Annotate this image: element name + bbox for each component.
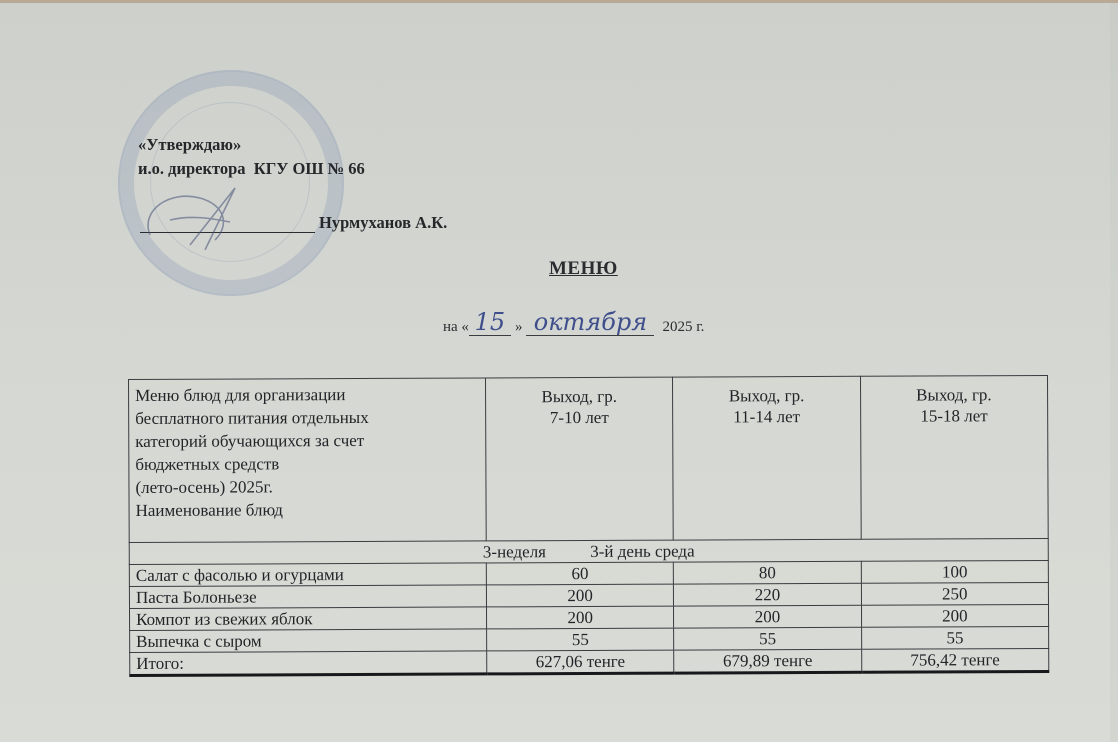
date-mid: »	[515, 319, 523, 336]
document-title: МЕНЮ	[549, 258, 618, 280]
total-7-10: 627,06 тенге	[487, 650, 674, 674]
total-11-14: 679,89 тенге	[674, 649, 861, 673]
signatory-name: Нурмуханов А.К.	[319, 213, 447, 233]
header-11-14: Выход, гр.11-14 лет	[673, 376, 861, 540]
header-line: бесплатного питания отдельных	[135, 405, 479, 430]
header-line: Выход, гр.	[492, 386, 666, 408]
page-edge	[0, 0, 1118, 3]
signature-line	[140, 210, 315, 233]
value-11-14: 200	[674, 605, 861, 628]
week-label: 3-неделя	[483, 542, 546, 561]
value-11-14: 220	[674, 583, 861, 606]
value-15-18: 250	[861, 582, 1048, 605]
value-7-10: 200	[486, 606, 673, 629]
approval-position: и.о. директора КГУ ОШ № 66	[138, 157, 365, 181]
value-15-18: 55	[861, 626, 1048, 649]
value-7-10: 55	[487, 628, 674, 651]
date-day: 15	[475, 308, 506, 336]
header-age: 7-10 лет	[492, 407, 666, 429]
value-11-14: 80	[674, 561, 861, 584]
header-line: Наименование блюд	[136, 497, 480, 522]
header-line: (лето-осень) 2025г.	[135, 474, 479, 499]
value-11-14: 55	[674, 627, 861, 650]
signature-scribble-icon	[130, 180, 280, 250]
approval-heading: «Утверждаю»	[138, 133, 365, 157]
header-line: Меню блюд для организации	[135, 382, 479, 407]
signature-row: Нурмуханов А.К.	[140, 210, 447, 233]
value-7-10: 60	[486, 562, 673, 585]
table-header-row: Меню блюд для организации бесплатного пи…	[129, 375, 1049, 542]
dish-name: Салат с фасолью и огурцами	[129, 563, 486, 587]
header-dish-column: Меню блюд для организации бесплатного пи…	[129, 378, 487, 543]
total-label: Итого:	[130, 651, 487, 676]
value-15-18: 200	[861, 604, 1048, 627]
header-line: Выход, гр.	[679, 385, 853, 407]
day-label: 3-й день среда	[590, 542, 694, 561]
header-line: бюджетных средств	[135, 451, 479, 476]
header-7-10: Выход, гр.7-10 лет	[485, 377, 673, 541]
dish-name: Паста Болоньезе	[129, 585, 486, 609]
total-15-18: 756,42 тенге	[861, 648, 1048, 672]
dish-name: Выпечка с сыром	[130, 629, 487, 653]
value-7-10: 200	[486, 584, 673, 607]
header-age: 15-18 лет	[867, 405, 1041, 427]
approval-block: «Утверждаю» и.о. директора КГУ ОШ № 66	[138, 133, 365, 181]
date-month-field: октября	[526, 312, 654, 336]
total-row: Итого: 627,06 тенге 679,89 тенге 756,42 …	[130, 648, 1049, 675]
header-line: Выход, гр.	[867, 384, 1041, 406]
menu-table: Меню блюд для организации бесплатного пи…	[128, 375, 1049, 677]
date-line: на « 15 » октября 2025 г.	[443, 312, 704, 336]
dish-name: Компот из свежих яблок	[130, 607, 487, 631]
date-month: октября	[534, 308, 647, 336]
date-day-field: 15	[469, 312, 511, 336]
header-age: 11-14 лет	[679, 406, 853, 428]
date-year: 2025 г.	[662, 319, 704, 336]
header-15-18: Выход, гр.15-18 лет	[860, 375, 1048, 539]
header-line: категорий обучающихся за счет	[135, 428, 479, 453]
date-prefix: на «	[443, 319, 469, 336]
value-15-18: 100	[861, 560, 1048, 583]
